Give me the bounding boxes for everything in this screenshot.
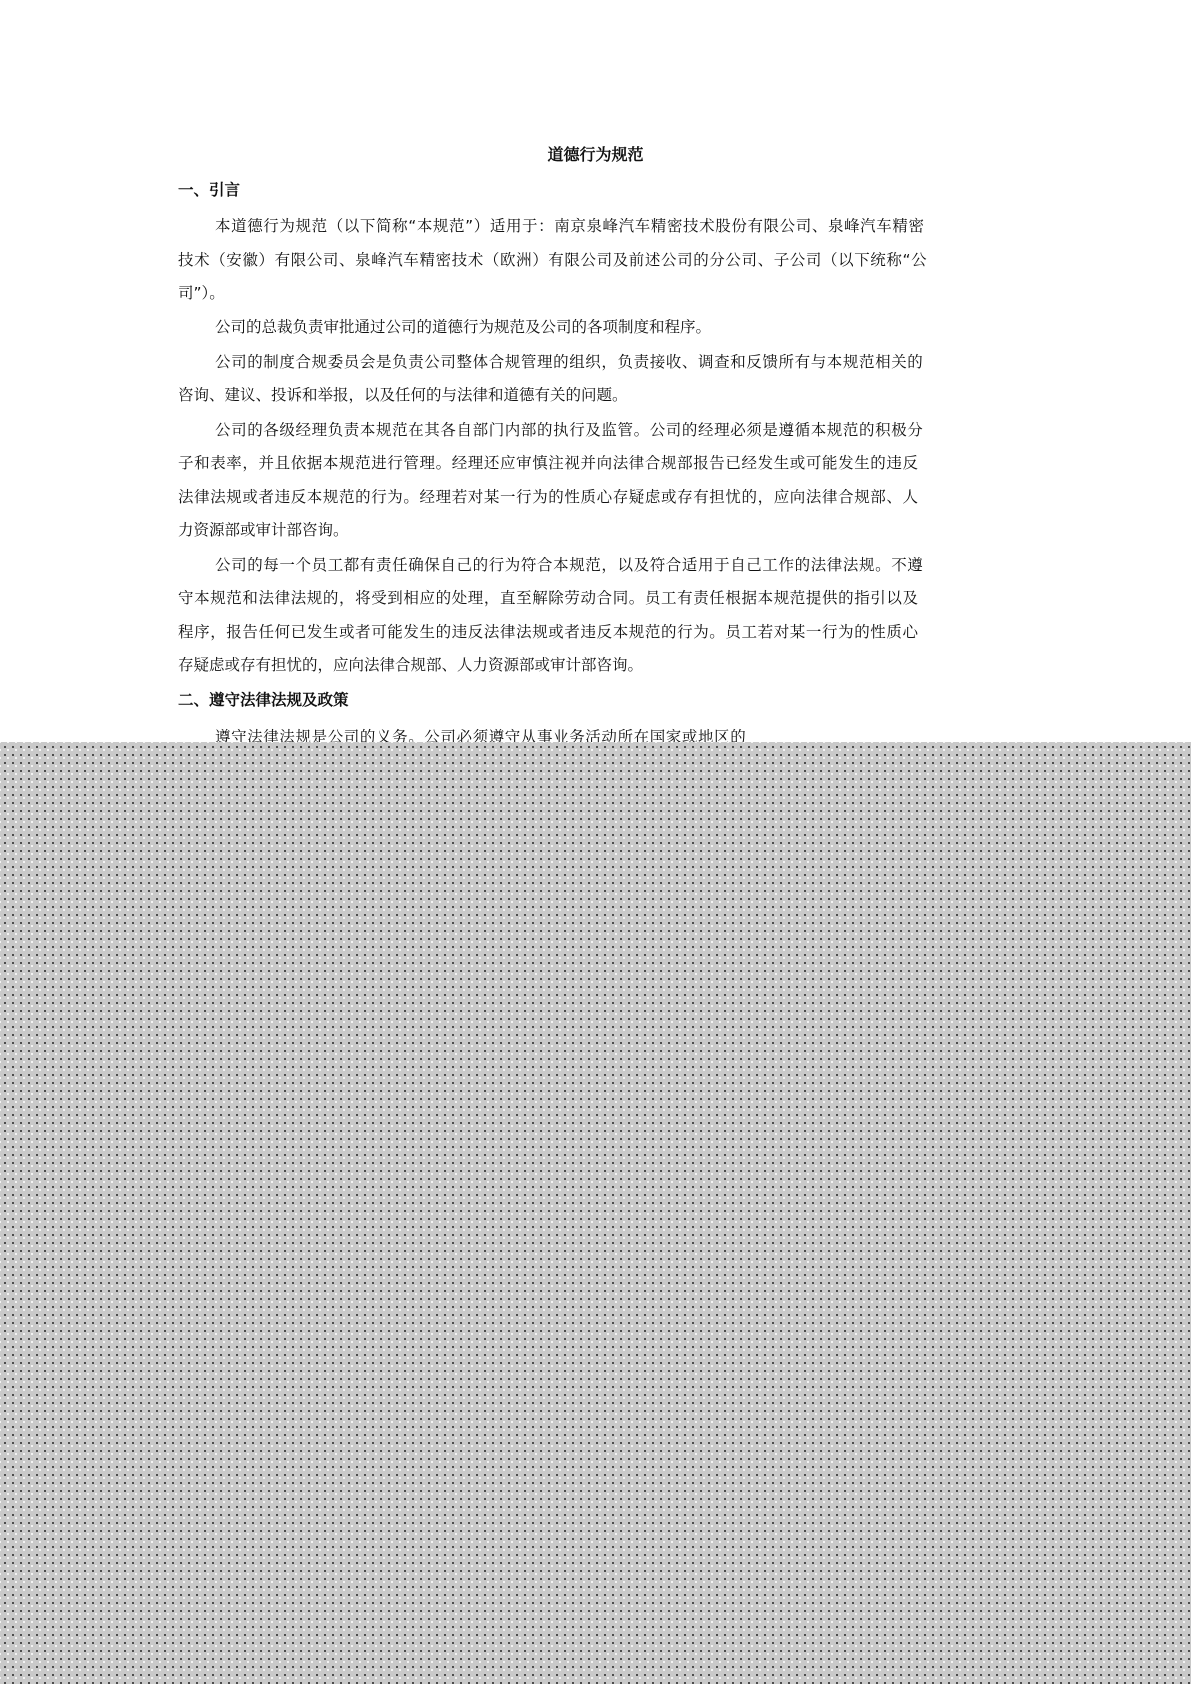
paragraph-line: 法律法规或者违反本规范的行为。经理若对某一行为的性质心存疑虑或存有担忧的，应向法… [178, 486, 919, 508]
paragraph-line: 力资源部或审计部咨询。 [178, 519, 349, 541]
document-title: 道德行为规范 [0, 144, 1191, 166]
section-heading-compliance: 二、遵守法律法规及政策 [178, 689, 349, 711]
paragraph-line: 公司的每一个员工都有责任确保自己的行为符合本规范，以及符合适用于自己工作的法律法… [215, 554, 923, 576]
paragraph-line: 公司的各级经理负责本规范在其各自部门内部的执行及监管。公司的经理必须是遵循本规范… [215, 419, 923, 441]
paragraph-line: 存疑虑或存有担忧的，应向法律合规部、人力资源部或审计部咨询。 [178, 654, 643, 676]
document-page: 道德行为规范 一、引言 本道德行为规范（以下简称“本规范”）适用于：南京泉峰汽车… [0, 0, 1191, 1684]
paragraph-line: 子和表率，并且依据本规范进行管理。经理还应审慎注视并向法律合规部报告已经发生或可… [178, 452, 919, 474]
paragraph-line: 守本规范和法律法规的，将受到相应的处理，直至解除劳动合同。员工有责任根据本规范提… [178, 587, 919, 609]
paragraph-line: 公司的总裁负责审批通过公司的道德行为规范及公司的各项制度和程序。 [215, 316, 711, 338]
paragraph-line: 司”）。 [178, 282, 225, 304]
paragraph-line: 本道德行为规范（以下简称“本规范”）适用于：南京泉峰汽车精密技术股份有限公司、泉… [215, 215, 925, 237]
paragraph-line: 咨询、建议、投诉和举报，以及任何的与法律和道德有关的问题。 [178, 384, 628, 406]
paragraph-line: 公司的制度合规委员会是负责公司整体合规管理的组织，负责接收、调查和反馈所有与本规… [215, 351, 923, 373]
paragraph-line: 技术（安徽）有限公司、泉峰汽车精密技术（欧洲）有限公司及前述公司的分公司、子公司… [178, 249, 927, 271]
occlusion-overlay [0, 742, 1191, 1684]
paragraph-line: 程序，报告任何已发生或者可能发生的违反法律法规或者违反本规范的行为。员工若对某一… [178, 621, 919, 643]
section-heading-introduction: 一、引言 [178, 179, 240, 201]
